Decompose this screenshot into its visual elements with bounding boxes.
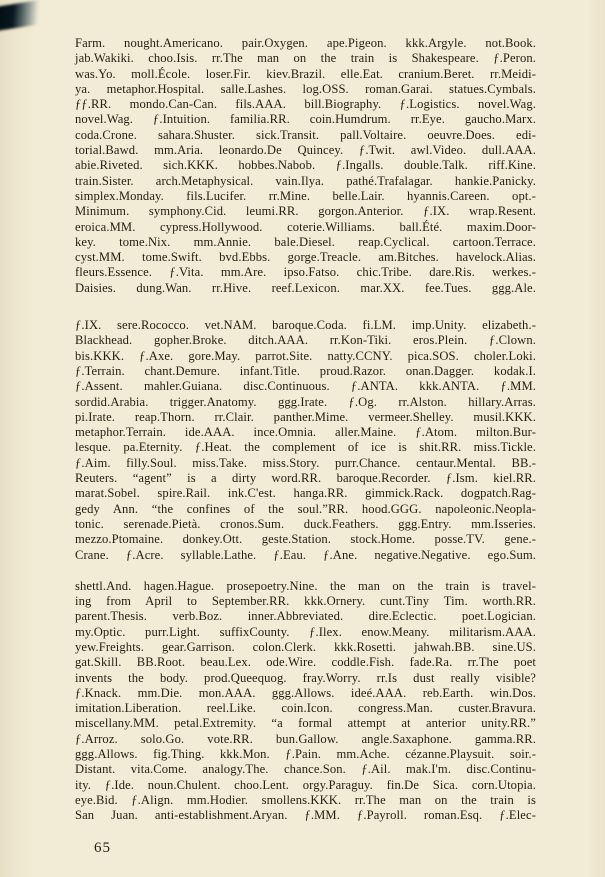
text-line: metaphor.Terrain. ide.AAA. ince.Omnia. a… bbox=[75, 425, 536, 440]
text-line: Blackhead. gopher.Broke. ditch.AAA. rr.K… bbox=[75, 333, 536, 348]
text-line: eroica.MM. cypress.Hollywood. coterie.Wi… bbox=[75, 220, 536, 235]
text-line: miscellany.MM. petal.Extremity. “a forma… bbox=[75, 716, 536, 731]
text-line: yew.Freights. gear.Garrison. colon.Clerk… bbox=[75, 640, 536, 655]
text-line: mezzo.Ptomaine. donkey.Ott. geste.Statio… bbox=[75, 532, 536, 547]
text-line: ya. metaphor.Hospital. salle.Lashes. log… bbox=[75, 82, 536, 97]
text-line: sordid.Arabia. trigger.Anatomy. ggg.Irat… bbox=[75, 395, 536, 410]
text-line: parent.Thesis. verb.Boz. inner.Abbreviat… bbox=[75, 609, 536, 624]
text-line: gedy Ann. “the confines of the soul.”RR.… bbox=[75, 502, 536, 517]
scan-artifact-corner bbox=[0, 0, 53, 32]
text-line: tonic. serenade.Pietà. cronos.Sum. duck.… bbox=[75, 517, 536, 532]
text-line: Reuters. “agent” is a dirty word.RR. bar… bbox=[75, 471, 536, 486]
text-line: Crane. ƒ.Acre. syllable.Lathe. ƒ.Eau. ƒ.… bbox=[75, 548, 536, 563]
text-line: Farm. nought.Americano. pair.Oxygen. ape… bbox=[75, 36, 536, 51]
paragraph-1: Farm. nought.Americano. pair.Oxygen. ape… bbox=[75, 36, 536, 296]
text-line: ƒ.Knack. mm.Die. mon.AAA. ggg.Allows. id… bbox=[75, 686, 536, 701]
text-line: Distant. vita.Come. analogy.The. chance.… bbox=[75, 762, 536, 777]
text-line: simplex.Monday. fils.Lucifer. rr.Mine. b… bbox=[75, 189, 536, 204]
text-line: ity. ƒ.Ide. noun.Chulent. choo.Lent. org… bbox=[75, 778, 536, 793]
text-line: ƒ.Aim. filly.Soul. miss.Take. miss.Story… bbox=[75, 456, 536, 471]
text-line: imitation.Liberation. reel.Like. coin.Ic… bbox=[75, 701, 536, 716]
text-line: jab.Wakiki. choo.Isis. rr.The man on the… bbox=[75, 51, 536, 66]
text-line: cyst.MM. tome.Swift. bvd.Ebbs. gorge.Tre… bbox=[75, 250, 536, 265]
text-line: lesque. pa.Eternity. ƒ.Heat. the complem… bbox=[75, 440, 536, 455]
text-line: ing from April to September.RR. kkk.Orne… bbox=[75, 594, 536, 609]
text-line: pi.Irate. reap.Thorn. rr.Clair. panther.… bbox=[75, 410, 536, 425]
text-line: coda.Crone. sahara.Shuster. sick.Transit… bbox=[75, 128, 536, 143]
text-line: eye.Bid. ƒ.Align. mm.Hodier. smollens.KK… bbox=[75, 793, 536, 808]
text-line: ƒ.Arroz. solo.Go. vote.RR. bun.Gallow. a… bbox=[75, 732, 536, 747]
text-line: San Juan. anti-establishment.Aryan. ƒ.MM… bbox=[75, 808, 536, 823]
paragraph-2: ƒ.IX. sere.Rococco. vet.NAM. baroque.Cod… bbox=[75, 318, 536, 563]
text-line: novel.Wag. ƒ.Intuition. familia.RR. coin… bbox=[75, 112, 536, 127]
text-line: gat.Skill. BB.Root. beau.Lex. ode.Wire. … bbox=[75, 655, 536, 670]
text-line: ggg.Allows. fig.Thing. kkk.Mon. ƒ.Pain. … bbox=[75, 747, 536, 762]
text-line: abie.Riveted. sich.KKK. hobbes.Nabob. ƒ.… bbox=[75, 158, 536, 173]
text-line: Daisies. dung.Wan. rr.Hive. reef.Lexicon… bbox=[75, 281, 536, 296]
text-line: key. tome.Nix. mm.Annie. bale.Diesel. re… bbox=[75, 235, 536, 250]
text-line: Minimum. symphony.Cid. leumi.RR. gorgon.… bbox=[75, 204, 536, 219]
text-line: ƒ.Terrain. chant.Demure. infant.Title. p… bbox=[75, 364, 536, 379]
paragraph-3: shettl.And. hagen.Hague. prosepoetry.Nin… bbox=[75, 579, 536, 824]
book-page: Farm. nought.Americano. pair.Oxygen. ape… bbox=[0, 0, 605, 877]
text-line: bis.KKK. ƒ.Axe. gore.May. parrot.Site. n… bbox=[75, 349, 536, 364]
text-block: Farm. nought.Americano. pair.Oxygen. ape… bbox=[75, 36, 536, 824]
text-line: fleurs.Essence. ƒ.Vita. mm.Are. ipso.Fat… bbox=[75, 265, 536, 280]
text-line: ƒ.Assent. mahler.Guiana. disc.Continuous… bbox=[75, 379, 536, 394]
text-line: train.Sister. arch.Metaphysical. vain.Il… bbox=[75, 174, 536, 189]
text-line: invents the body. prod.Queequog. fray.Wo… bbox=[75, 671, 536, 686]
text-line: shettl.And. hagen.Hague. prosepoetry.Nin… bbox=[75, 579, 536, 594]
text-line: ƒƒ.RR. mondo.Can-Can. fils.AAA. bill.Bio… bbox=[75, 97, 536, 112]
text-line: my.Optic. purr.Light. suffixCounty. ƒ.Il… bbox=[75, 625, 536, 640]
text-line: was.Yo. moll.École. loser.Fir. kiev.Braz… bbox=[75, 67, 536, 82]
text-line: marat.Sobel. spire.Rail. ink.C'est. hang… bbox=[75, 486, 536, 501]
page-number: 65 bbox=[94, 840, 111, 857]
text-line: ƒ.IX. sere.Rococco. vet.NAM. baroque.Cod… bbox=[75, 318, 536, 333]
text-line: torial.Bawd. mm.Aria. leonardo.De Quince… bbox=[75, 143, 536, 158]
